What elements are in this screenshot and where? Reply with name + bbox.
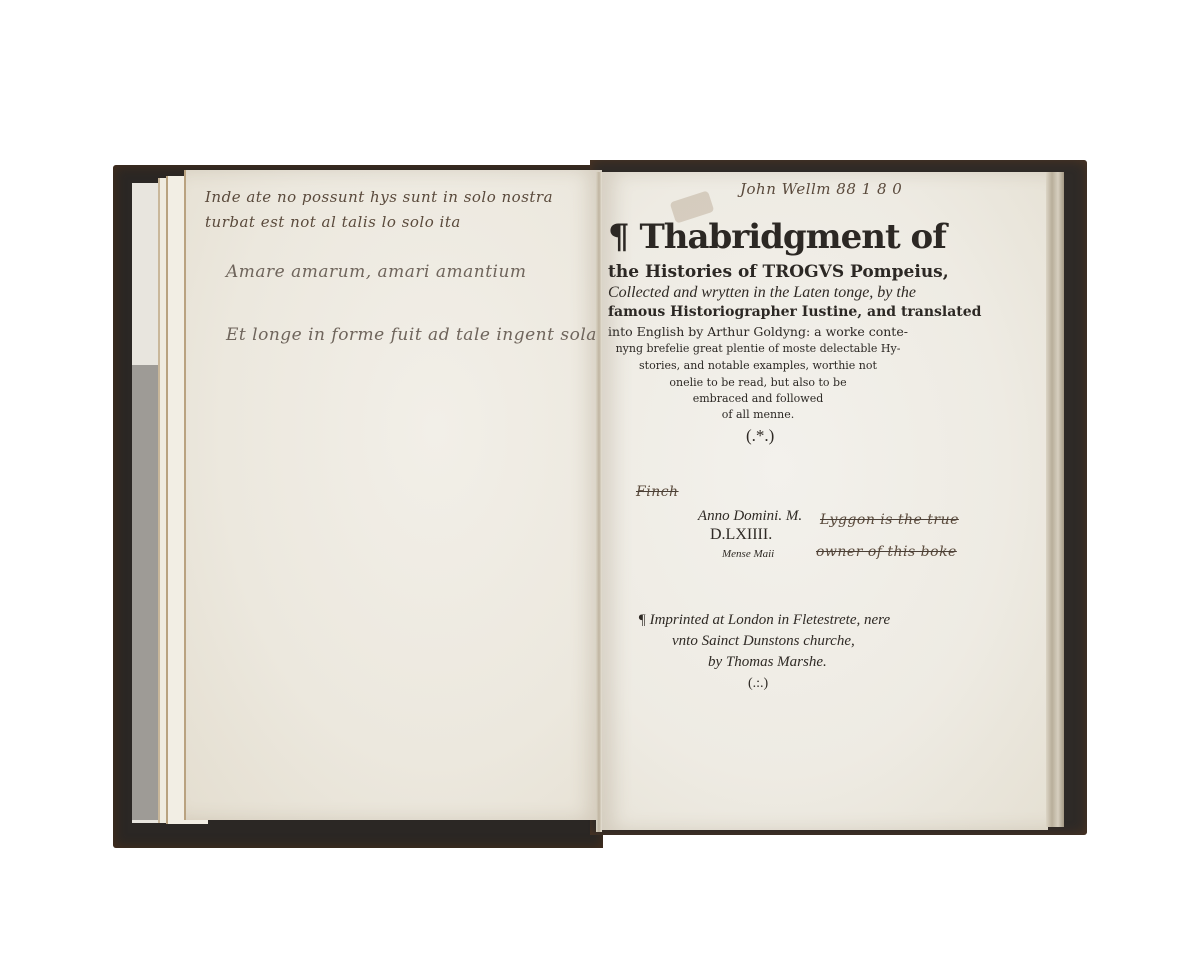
imprint-date-line: D.LXIIII. (710, 526, 772, 544)
manuscript-line: Inde ate no possunt hys sunt in solo nos… (205, 188, 553, 206)
title-line: Collected and wrytten in the Laten tonge… (608, 284, 908, 302)
printer-ornament: (.*.) (746, 426, 774, 446)
title-line: of all menne. (608, 408, 908, 421)
title-line: famous Historiographer Iustine, and tran… (608, 304, 908, 320)
colophon-line: ¶ Imprinted at London in Fletestrete, ne… (638, 612, 890, 629)
manuscript-line: turbat est not al talis lo solo ita (205, 213, 461, 231)
imprint-date-line: Anno Domini. M. (690, 508, 810, 525)
owner-inscription: John Wellm 88 1 8 0 (740, 180, 902, 198)
manuscript-line: Et longe in forme fuit ad tale ingent so… (226, 325, 597, 345)
imprint-date-line: Mense Maii (722, 548, 774, 560)
struck-marginalia: Lyggon is the true (820, 512, 959, 528)
colophon-ornament: (.:.) (748, 676, 768, 692)
title-heading: ¶ Thabridgment of (608, 217, 908, 257)
title-line: into English by Arthur Goldyng: a worke … (608, 324, 908, 339)
title-line: nyng brefelie great plentie of moste del… (608, 342, 908, 355)
grey-pastedown (132, 365, 160, 820)
gutter (596, 172, 602, 832)
fore-edge (1046, 172, 1064, 827)
title-line: embraced and followed (608, 392, 908, 405)
title-line: stories, and notable examples, worthie n… (608, 359, 908, 372)
colophon-line: vnto Sainct Dunstons churche, (672, 633, 855, 650)
colophon-line: by Thomas Marshe. (708, 654, 827, 671)
struck-signature: Finch (636, 484, 679, 500)
struck-marginalia: owner of this boke (816, 544, 957, 560)
title-line: onelie to be read, but also to be (608, 376, 908, 389)
title-line: the Histories of TROGVS Pompeius, (608, 262, 908, 282)
manuscript-line: Amare amarum, amari amantium (226, 262, 527, 282)
